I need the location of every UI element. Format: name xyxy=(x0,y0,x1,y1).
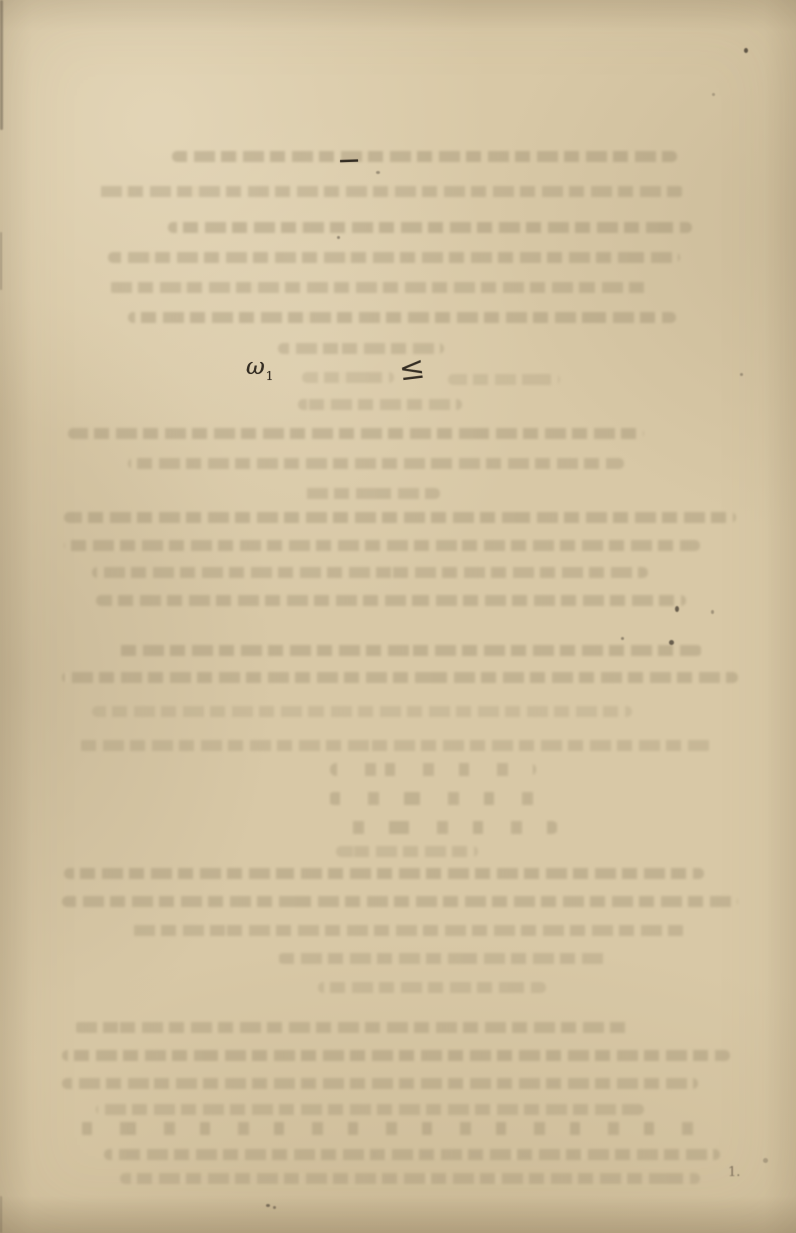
ink-speck xyxy=(675,606,679,612)
ink-speck xyxy=(763,1158,768,1163)
omega-subscript: 1 xyxy=(266,369,274,383)
ink-speck xyxy=(711,610,714,614)
page-edge-shadow xyxy=(0,0,3,130)
page-edge-shadow xyxy=(0,232,2,290)
specks-layer xyxy=(0,0,796,1233)
ink-speck xyxy=(621,637,624,640)
less-than-or-equal-symbol: ≤ xyxy=(397,351,427,388)
scanned-page: — ω1 ≤ 1. xyxy=(0,0,796,1233)
ink-speck xyxy=(266,1204,270,1207)
ink-speck xyxy=(376,171,380,174)
footnote-numeral: 1. xyxy=(728,1166,740,1180)
ink-speck xyxy=(744,48,748,53)
dash-mark: — xyxy=(339,149,360,170)
ink-speck xyxy=(669,640,674,645)
ink-speck xyxy=(273,1206,276,1209)
omega-1-symbol: ω1 xyxy=(246,355,273,388)
ink-speck xyxy=(337,236,340,239)
ink-speck xyxy=(712,93,715,96)
page-edge-shadow xyxy=(0,1196,2,1233)
ink-speck xyxy=(740,373,743,376)
omega-glyph: ω xyxy=(246,354,265,380)
